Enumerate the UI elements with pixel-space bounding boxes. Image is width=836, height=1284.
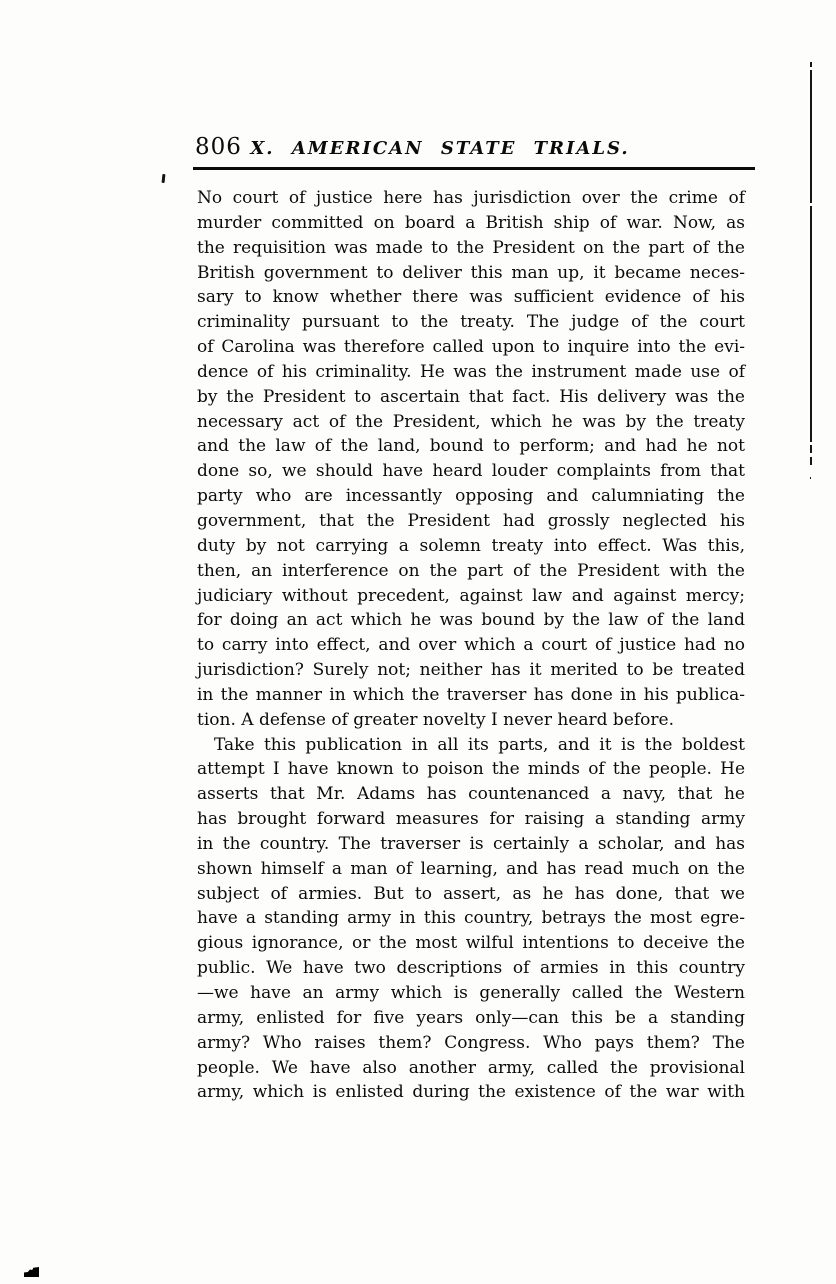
text-line: of Carolina was therefore called upon to… xyxy=(197,335,745,360)
text-line: No court of justice here has jurisdictio… xyxy=(197,186,745,211)
text-line: done so, we should have heard louder com… xyxy=(197,459,745,484)
text-line: judiciary without precedent, against law… xyxy=(197,584,745,609)
scan-dot-artifact xyxy=(810,477,811,479)
ink-blob xyxy=(24,1267,39,1277)
scan-line-artifact xyxy=(810,445,812,453)
scan-line-artifact xyxy=(810,206,812,442)
text-line: to carry into effect, and over which a c… xyxy=(197,633,745,658)
text-line: subject of armies. But to assert, as he … xyxy=(197,882,745,907)
text-line: murder committed on board a British ship… xyxy=(197,211,745,236)
text-line: attempt I have known to poison the minds… xyxy=(197,757,745,782)
text-line: army? Who raises them? Congress. Who pay… xyxy=(197,1031,745,1056)
header-rule xyxy=(193,167,755,170)
text-line: asserts that Mr. Adams has countenanced … xyxy=(197,782,745,807)
text-line: gious ignorance, or the most wilful inte… xyxy=(197,931,745,956)
text-line: shown himself a man of learning, and has… xyxy=(197,857,745,882)
book-page: 806 X. AMERICAN STATE TRIALS. No court o… xyxy=(0,0,836,1284)
text-line: Take this publication in all its parts, … xyxy=(197,733,745,758)
text-line: people. We have also another army, calle… xyxy=(197,1056,745,1081)
text-line: by the President to ascertain that fact.… xyxy=(197,385,745,410)
text-line: the requisition was made to the Presiden… xyxy=(197,236,745,261)
text-line: have a standing army in this country, be… xyxy=(197,906,745,931)
scan-line-artifact xyxy=(810,457,812,465)
text-line: and the law of the land, bound to perfor… xyxy=(197,434,745,459)
text-line: duty by not carrying a solemn treaty int… xyxy=(197,534,745,559)
text-line: then, an interference on the part of the… xyxy=(197,559,745,584)
text-line: army, enlisted for five years only—can t… xyxy=(197,1006,745,1031)
text-line: public. We have two descriptions of armi… xyxy=(197,956,745,981)
text-line: has brought forward measures for raising… xyxy=(197,807,745,832)
text-line: necessary act of the President, which he… xyxy=(197,410,745,435)
scan-line-artifact xyxy=(810,70,812,203)
text-line: for doing an act which he was bound by t… xyxy=(197,608,745,633)
text-line: —we have an army which is generally call… xyxy=(197,981,745,1006)
text-line: in the country. The traverser is certain… xyxy=(197,832,745,857)
scan-line-artifact xyxy=(810,62,812,67)
page-body-text: No court of justice here has jurisdictio… xyxy=(197,186,745,1105)
running-header-title: X. AMERICAN STATE TRIALS. xyxy=(150,138,730,159)
text-line: jurisdiction? Surely not; neither has it… xyxy=(197,658,745,683)
text-line: tion. A defense of greater novelty I nev… xyxy=(197,708,745,733)
text-line: party who are incessantly opposing and c… xyxy=(197,484,745,509)
ink-speck xyxy=(162,174,166,183)
text-line: sary to know whether there was sufficien… xyxy=(197,285,745,310)
text-line: British government to deliver this man u… xyxy=(197,261,745,286)
text-line: government, that the President had gross… xyxy=(197,509,745,534)
text-line: army, which is enlisted during the exist… xyxy=(197,1080,745,1105)
text-line: criminality pursuant to the treaty. The … xyxy=(197,310,745,335)
text-line: dence of his criminality. He was the ins… xyxy=(197,360,745,385)
text-line: in the manner in which the traverser has… xyxy=(197,683,745,708)
